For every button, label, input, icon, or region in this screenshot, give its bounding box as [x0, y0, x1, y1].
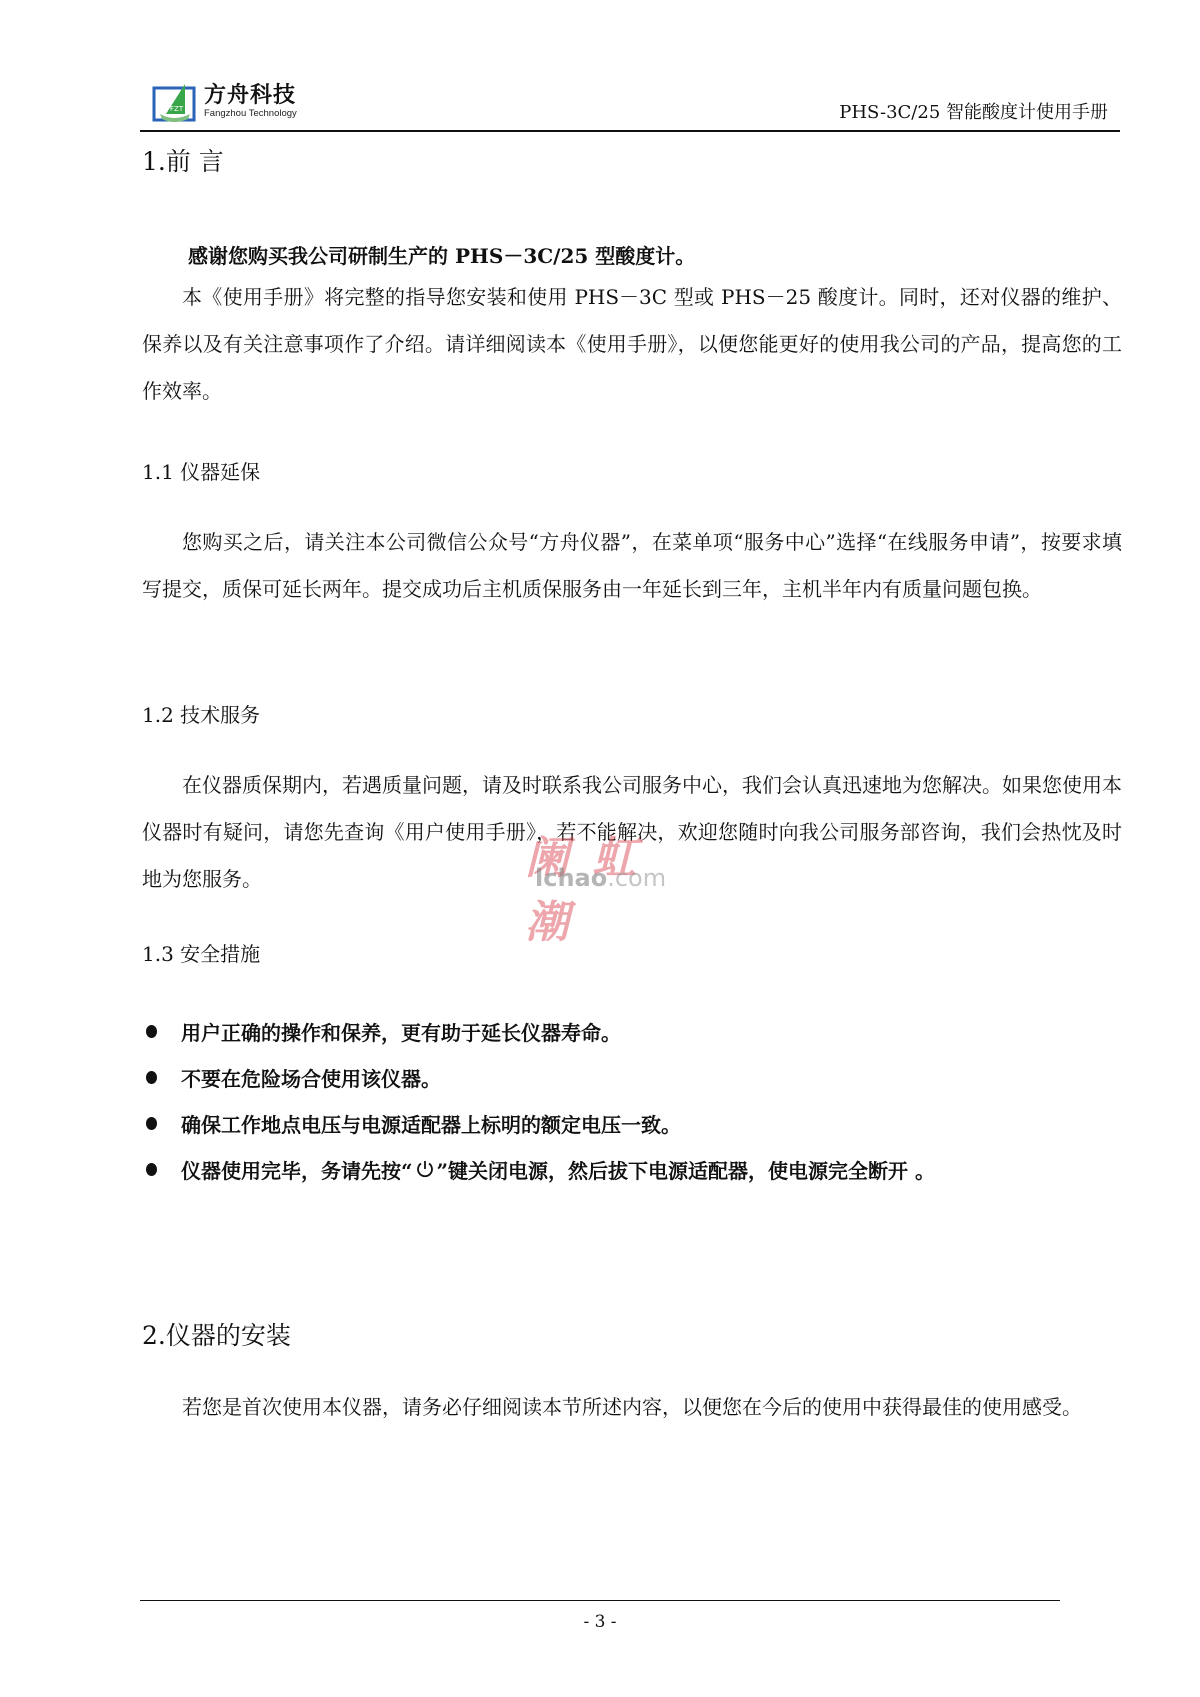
power-icon	[415, 1159, 435, 1179]
section-1-lead: 感谢您购买我公司研制生产的 PHS－3C/25 型酸度计。	[188, 243, 695, 269]
safety-bullet-list: 用户正确的操作和保养，更有助于延长仪器寿命。 不要在危险场合使用该仪器。 确保工…	[142, 1008, 935, 1192]
section-1-paragraph: 本《使用手册》将完整的指导您安装和使用 PHS－3C 型或 PHS－25 酸度计…	[142, 274, 1122, 415]
page-number: - 3 -	[0, 1612, 1200, 1632]
section-2-paragraph: 若您是首次使用本仪器，请务必仔细阅读本节所述内容，以便您在今后的使用中获得最佳的…	[142, 1384, 1122, 1431]
document-title: PHS-3C/25 智能酸度计使用手册	[839, 102, 1108, 124]
page-header: FZT 方舟科技 Fangzhou Technology PHS-3C/25 智…	[140, 72, 1120, 130]
company-logo: FZT 方舟科技 Fangzhou Technology	[152, 82, 297, 124]
bullet-item: 用户正确的操作和保养，更有助于延长仪器寿命。	[142, 1008, 935, 1054]
company-name-en: Fangzhou Technology	[204, 108, 297, 119]
section-1-2-paragraph: 在仪器质保期内，若遇质量问题，请及时联系我公司服务中心，我们会认真迅速地为您解决…	[142, 762, 1122, 903]
section-2-heading: 2.仪器的安装	[142, 1320, 291, 1352]
bullet-text: 确保工作地点电压与电源适配器上标明的额定电压一致。	[181, 1109, 681, 1138]
bullet-item: 确保工作地点电压与电源适配器上标明的额定电压一致。	[142, 1100, 935, 1146]
bullet-dot-icon	[146, 1071, 157, 1084]
section-1-heading: 1.前 言	[142, 146, 224, 178]
section-1-1-paragraph: 您购买之后，请关注本公司微信公众号“方舟仪器”，在菜单项“服务中心”选择“在线服…	[142, 519, 1122, 613]
bullet-text: 不要在危险场合使用该仪器。	[181, 1063, 441, 1092]
bullet-text-before: 仪器使用完毕，务请先按“	[181, 1155, 413, 1184]
section-1-3-heading: 1.3 安全措施	[142, 941, 260, 967]
svg-text:FZT: FZT	[170, 105, 184, 113]
bullet-text: 用户正确的操作和保养，更有助于延长仪器寿命。	[181, 1017, 621, 1046]
bullet-dot-icon	[146, 1117, 157, 1130]
bullet-text-after: ”键关闭电源，然后拔下电源适配器，使电源完全断开 。	[437, 1155, 935, 1184]
bullet-dot-icon	[146, 1025, 157, 1038]
section-1-1-heading: 1.1 仪器延保	[142, 459, 260, 485]
company-name-cn: 方舟科技	[204, 84, 297, 108]
bullet-item: 不要在危险场合使用该仪器。	[142, 1054, 935, 1100]
footer-divider	[140, 1600, 1060, 1601]
sail-logo-icon: FZT	[152, 82, 198, 124]
bullet-item: 仪器使用完毕，务请先按“ ”键关闭电源，然后拔下电源适配器，使电源完全断开 。	[142, 1146, 935, 1192]
section-1-2-heading: 1.2 技术服务	[142, 702, 260, 728]
header-divider	[140, 130, 1120, 132]
bullet-dot-icon	[146, 1163, 157, 1176]
document-page: FZT 方舟科技 Fangzhou Technology PHS-3C/25 智…	[0, 0, 1200, 1697]
